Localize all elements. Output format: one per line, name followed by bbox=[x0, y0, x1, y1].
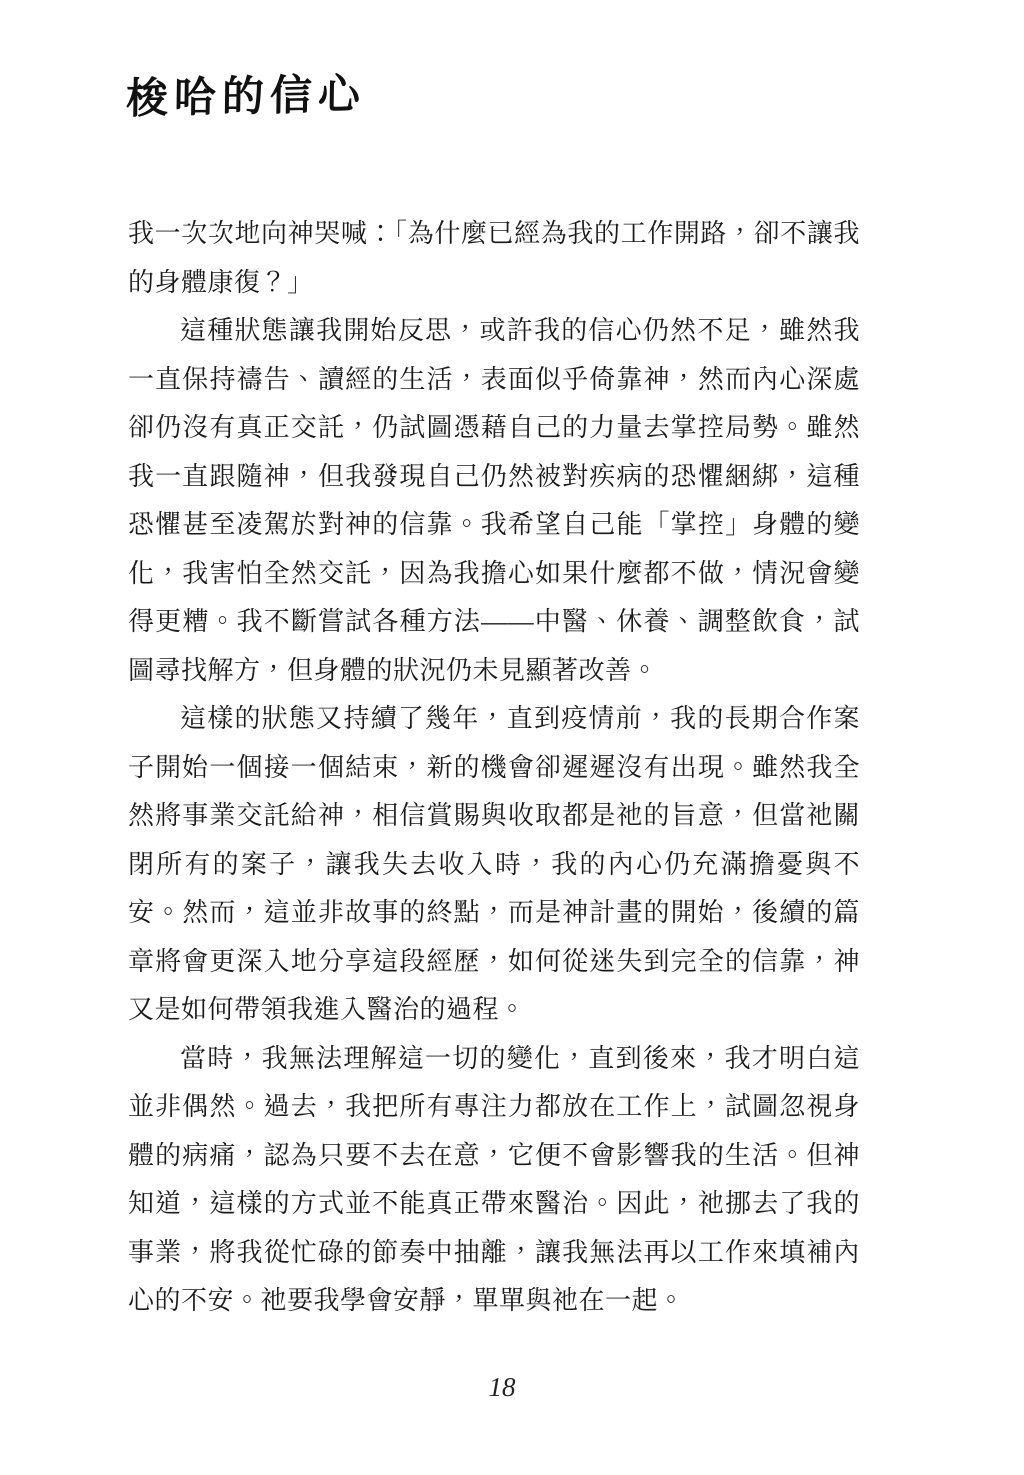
paragraph: 這種狀態讓我開始反思，或許我的信心仍然不足，雖然我一直保持禱告、讀經的生活，表面… bbox=[128, 307, 860, 695]
paragraph: 這樣的狀態又持續了幾年，直到疫情前，我的長期合作案子開始一個接一個結束，新的機會… bbox=[128, 695, 860, 1035]
book-page: 梭哈的信心 我一次次地向神哭喊：「為什麼已經為我的工作開路，卻不讓我的身體康復？… bbox=[0, 0, 1024, 1475]
running-header-title: 梭哈的信心 bbox=[126, 61, 367, 126]
paragraph: 當時，我無法理解這一切的變化，直到後來，我才明白這並非偶然。過去，我把所有專注力… bbox=[128, 1035, 860, 1326]
body-text-block: 我一次次地向神哭喊：「為什麼已經為我的工作開路，卻不讓我的身體康復？」 這種狀態… bbox=[128, 210, 860, 1326]
page-number: 18 bbox=[0, 1372, 1004, 1403]
paragraph: 我一次次地向神哭喊：「為什麼已經為我的工作開路，卻不讓我的身體康復？」 bbox=[128, 210, 860, 307]
